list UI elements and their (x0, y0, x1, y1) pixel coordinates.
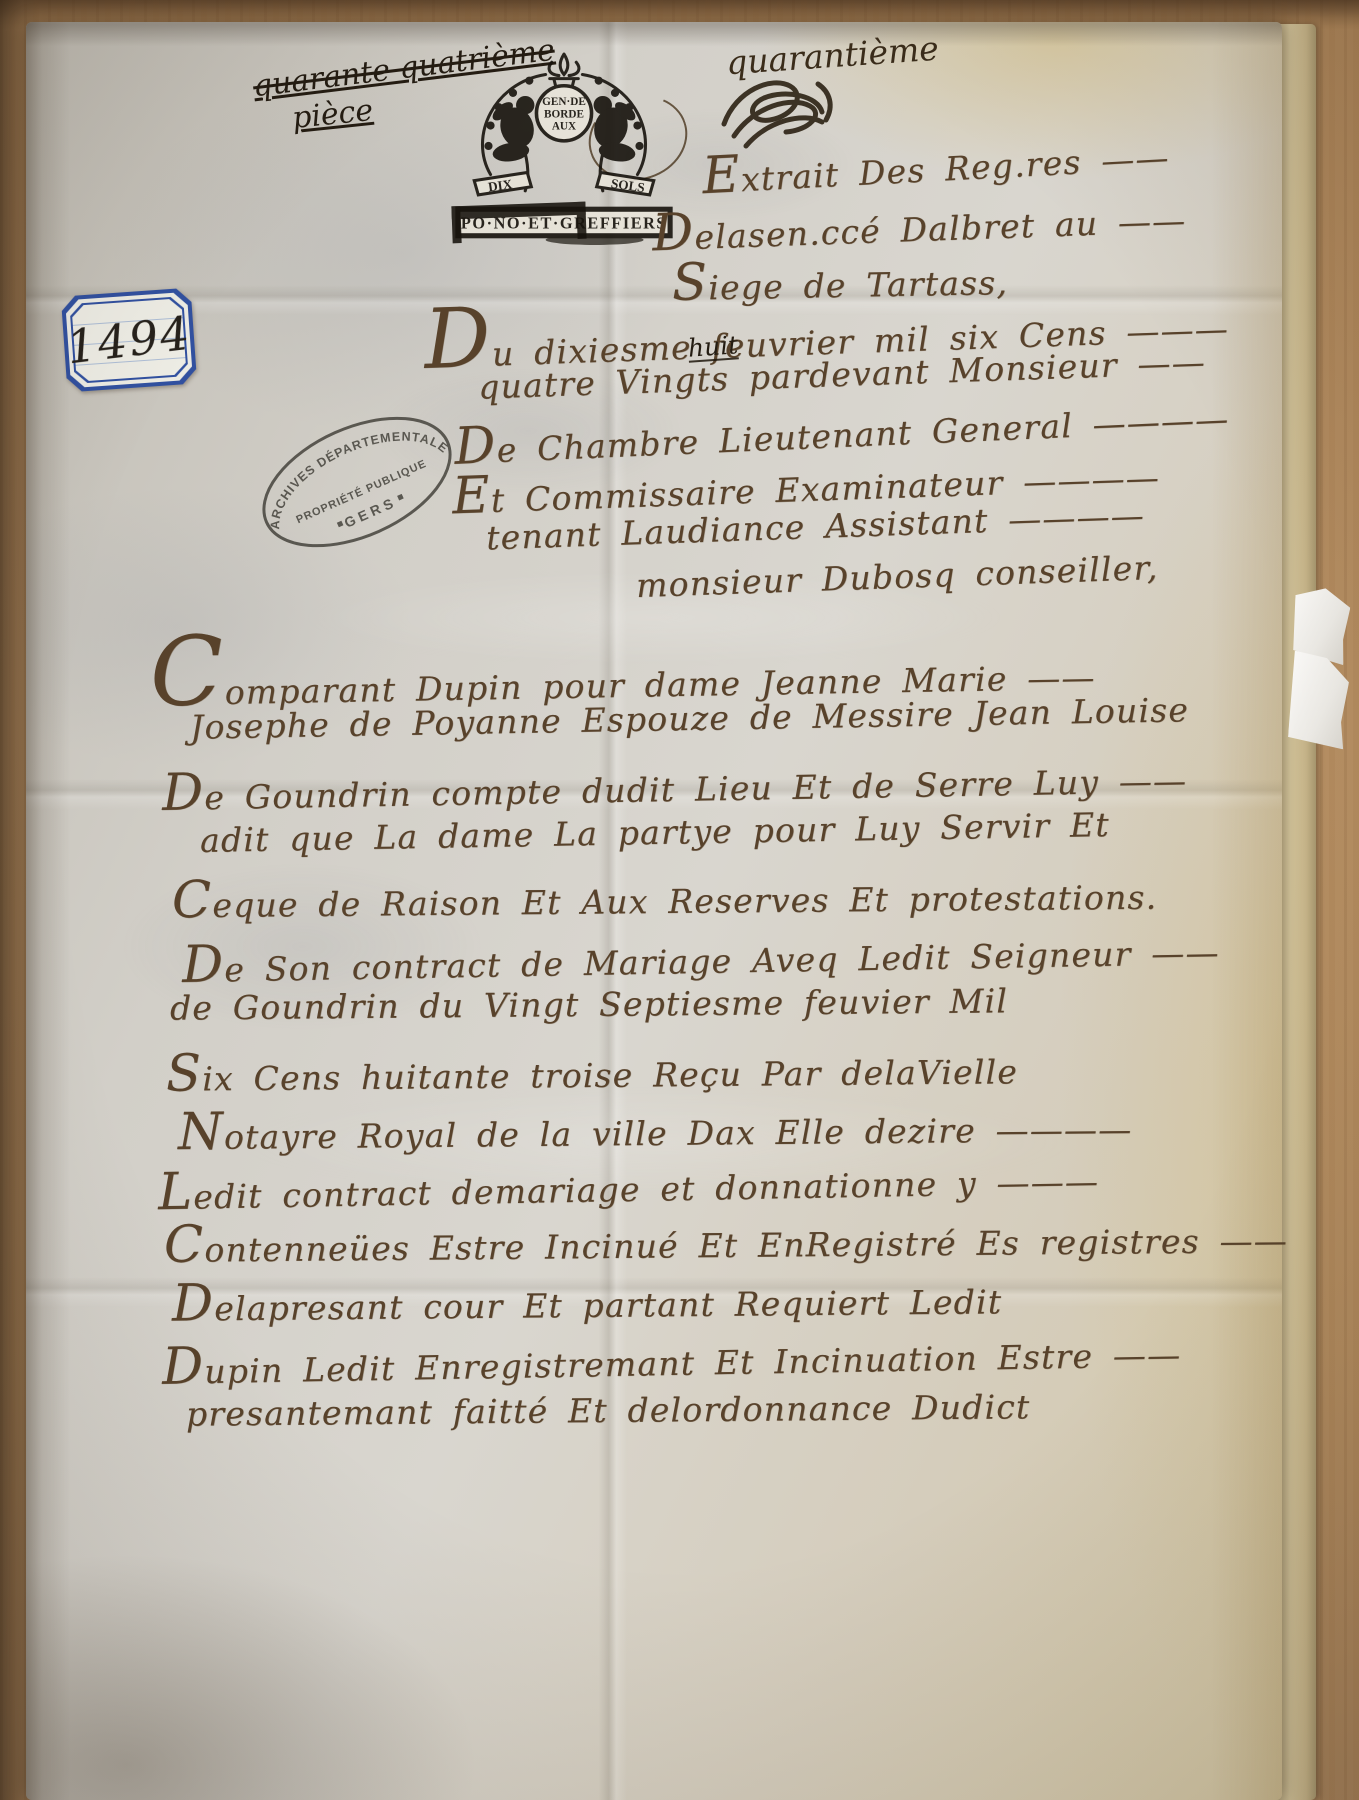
manuscript-line: de Goundrin du Vingt Septiesme feuvier M… (170, 982, 1008, 1027)
paper-tab-bottom (1288, 651, 1351, 750)
manuscript-line: Delapresant cour Et partant Requiert Led… (172, 1268, 1003, 1334)
manuscript-line: Six Cens huitante troise Reçu Par delaVi… (166, 1038, 1018, 1104)
value-banners: DIX SOLS (474, 172, 654, 195)
label-number: 1494 (59, 284, 200, 395)
cartouche-text-1: GEN·DE (542, 96, 586, 108)
archival-number-label: 1494 (61, 288, 197, 393)
partial-printed-frame (451, 202, 586, 244)
manuscript-line: Contenneües Estre Incinué Et EnRegistré … (164, 1207, 1288, 1276)
banner-dix-text: DIX (487, 176, 514, 194)
manuscript-line: Ceque de Raison Et Aux Reserves Et prote… (172, 864, 1158, 931)
top-left-annotation-line2: pièce (290, 94, 374, 135)
cartouche-text-2: BORDE (544, 108, 584, 120)
interline-insert-huit: huit (687, 332, 739, 362)
cartouche: GEN·DE BORDE AUX (536, 86, 591, 141)
fleur-de-lis-icon (560, 54, 568, 74)
manuscript-line: presantemant faitté Et delordonnance Dud… (186, 1388, 1031, 1433)
cartouche-text-3: AUX (552, 121, 576, 133)
